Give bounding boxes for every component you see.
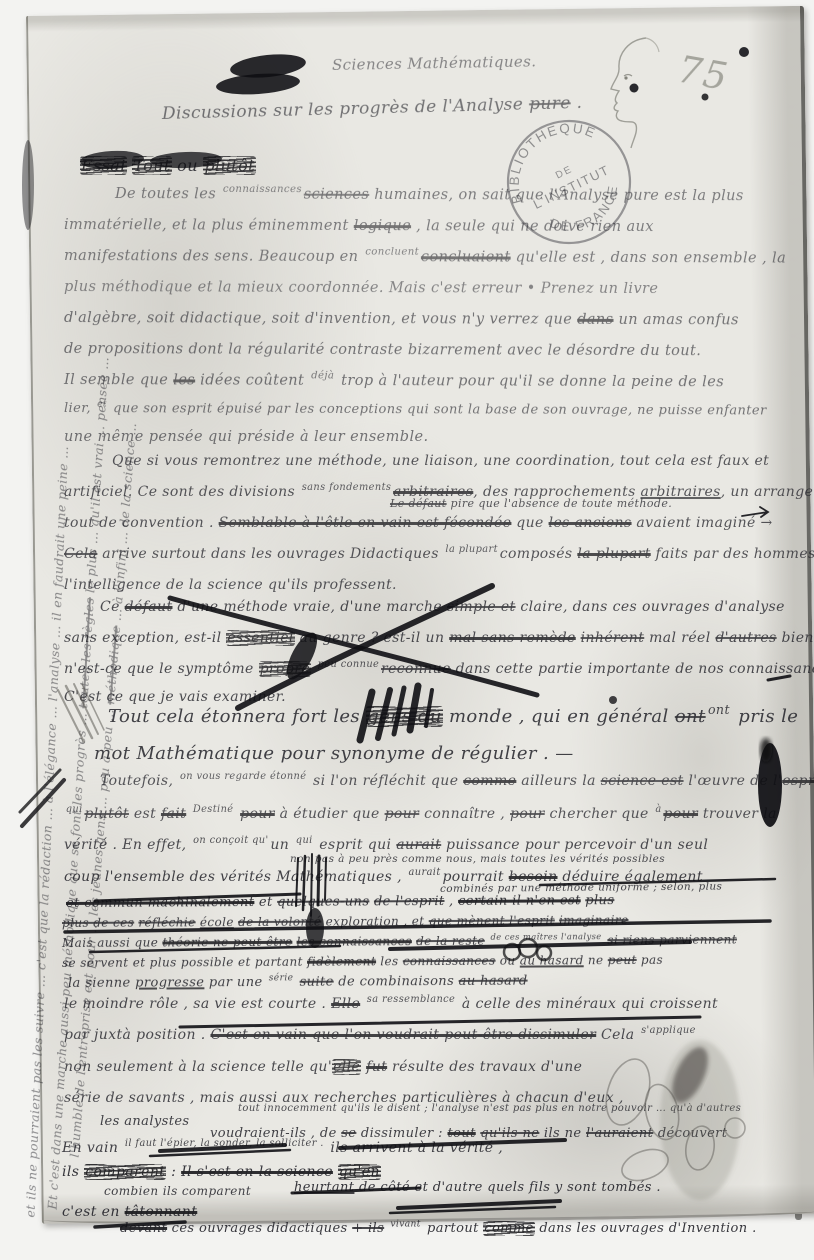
handwritten-text: immatérielle, et la plus éminemment <box>64 217 354 234</box>
handwritten-text: un <box>270 837 294 853</box>
handwritten-text: : <box>166 1164 181 1180</box>
struck-word: pour <box>663 806 698 822</box>
handwritten-text: C'est ce que je vais examiner. <box>64 689 286 705</box>
struck-word: tout <box>448 1126 476 1141</box>
struck-word: pure <box>529 93 571 114</box>
struck-word: d'autres <box>715 630 776 646</box>
handwritten-text: vérité . En effet, <box>64 837 191 853</box>
handwritten-text: coup l'ensemble des vérités Mathématique… <box>64 869 407 885</box>
struck-word: l'auraient <box>586 1126 653 1141</box>
struck-word: de la volonté <box>238 915 321 929</box>
manuscript-line: C'est ce que je vais examiner. <box>64 689 286 705</box>
handwritten-text: arrive surtout dans les ouvrages Didacti… <box>97 546 443 562</box>
handwritten-text: Discussions sur les progrès de l'Analyse <box>162 94 530 124</box>
struck-word: si riens parviennent <box>607 932 737 947</box>
scribbled-out-word: elle <box>332 1059 361 1075</box>
handwritten-text: ne <box>584 953 608 967</box>
handwritten-text: d'algèbre, soit didactique, soit d'inven… <box>64 310 577 328</box>
handwritten-text: manifestations des sens. Beaucoup en <box>64 248 363 265</box>
handwritten-text <box>384 1221 389 1236</box>
handwritten-text: au genre ? est-il un <box>295 630 449 646</box>
struck-word: mal sans remède <box>449 630 576 646</box>
handwritten-text: dissimuler : <box>356 1126 447 1141</box>
interlinear-insert: sa ressemblance <box>367 994 455 1005</box>
manuscript-line: les analystes <box>100 1114 190 1129</box>
handwritten-text: ils ne <box>539 1126 586 1141</box>
interlinear-insert: déjà <box>311 371 334 382</box>
struck-word: qu'ils ne <box>480 1126 539 1141</box>
handwritten-text: résulte des travaux d'une <box>387 1059 582 1075</box>
manuscript-line: se servent et plus possible et partant f… <box>62 953 663 970</box>
handwritten-text: un amas confus <box>613 312 738 328</box>
interlinear-insert: on vous regarde étonné <box>180 771 307 782</box>
handwritten-text <box>360 996 365 1012</box>
handwritten-text: d'une méthode vraie, d'une marche <box>172 599 446 615</box>
struck-word: connaissances <box>403 954 496 968</box>
handwritten-text: ou <box>172 156 204 175</box>
manuscript-line: manifestations des sens. Beaucoup en con… <box>64 248 786 267</box>
struck-word: fut <box>366 1059 387 1075</box>
handwritten-text: partout <box>423 1221 484 1236</box>
manuscript-line: Sciences Mathématiques. <box>332 52 537 74</box>
struck-word: fait <box>161 806 186 822</box>
struck-word: les <box>173 372 195 388</box>
manuscript-line: Tout cela étonnera fort les gens du mond… <box>108 706 798 727</box>
handwritten-text: mot Mathématique pour synonyme de réguli… <box>94 743 574 764</box>
interlinear-insert: on conçoit qu' <box>193 835 268 846</box>
handwritten-text: ils <box>62 1164 84 1180</box>
struck-word: suite <box>300 975 334 990</box>
interlinear-insert: il faut l'épier, la sonder, la sollicite… <box>125 1138 324 1149</box>
manuscript-line: vérité . En effet, on conçoit qu'un qui … <box>64 837 708 853</box>
scribbled-out-word: gens du <box>366 706 443 727</box>
handwritten-text: à celle des minéraux qui croissent <box>457 996 718 1012</box>
handwritten-text: non seulement à la science telle qu' <box>64 1059 332 1075</box>
scribbled-out-word: comme <box>483 1221 534 1236</box>
manuscript-line: Le défaut pire que l'absence de toute mé… <box>390 497 672 510</box>
manuscript-line: combien ils comparent <box>104 1184 251 1198</box>
interlinear-insert: Destiné <box>193 804 234 815</box>
handwritten-text: non pas à peu près comme nous, mais tout… <box>290 853 665 865</box>
interlinear-insert: la plupart <box>445 544 498 555</box>
handwritten-text: au hasard <box>520 953 584 967</box>
manuscript-line: Il semble que les idées coûtent déjà tro… <box>64 372 724 390</box>
handwritten-text: composés <box>500 546 578 562</box>
handwritten-text: ou <box>496 954 520 968</box>
handwritten-text: par une <box>204 975 267 990</box>
handwritten-text: puissance pour percevoir d'un seul <box>441 837 708 853</box>
struck-word: théorie ne peut être <box>162 935 292 950</box>
struck-word: défaut <box>125 599 173 615</box>
handwritten-text: l'œuvre de l' <box>684 773 783 789</box>
struck-word: que mènent l'esprit <box>429 913 555 928</box>
manuscript-line: Toutefois, on vous regarde étonné si l'o… <box>100 773 814 789</box>
scribbled-out-word: Tout <box>132 156 171 175</box>
struck-word: certain il n'en est <box>458 893 581 909</box>
struck-word: devant <box>120 1221 167 1236</box>
scribbled-out-word: essentiel <box>226 630 294 646</box>
handwritten-text: quels fils y sont tombés . <box>487 1180 661 1195</box>
handwritten-text: monde , qui en général <box>443 706 675 727</box>
manuscript-line: devant ces ouvrages didactiques + ils vi… <box>120 1221 757 1236</box>
handwritten-text: si l'on réfléchit que <box>308 773 463 789</box>
handwritten-text: progresse <box>135 975 204 990</box>
handwritten-text: c'est en <box>62 1204 125 1220</box>
handwritten-text: combien ils comparent <box>104 1184 251 1198</box>
manuscript-line: Cela arrive surtout dans les ouvrages Di… <box>64 546 814 562</box>
struck-word: Le défaut <box>390 497 447 510</box>
handwritten-text: Toutefois, <box>100 773 178 789</box>
handwritten-text: Mais aussi que <box>62 935 163 950</box>
struck-word: comme <box>463 773 516 789</box>
handwritten-text <box>485 934 489 948</box>
handwritten-text: mal réel <box>644 630 715 646</box>
handwritten-text: le moindre rôle , sa vie est courte . <box>64 996 331 1012</box>
manuscript-line: n'est-ce que le symptôme propre peu conn… <box>64 661 814 677</box>
scribbled-out-word: propre <box>259 661 311 677</box>
manuscript-line: une même pensée qui préside à leur ensem… <box>64 429 429 445</box>
interlinear-insert: sans fondements <box>302 482 392 493</box>
manuscript-line: tout de convention . Semblable à l'êtle … <box>64 515 773 531</box>
manuscript-line: Mais aussi que théorie ne peut être les … <box>62 932 737 950</box>
interlinear-insert: de ces maîtres l'analyse <box>490 931 601 942</box>
handwritten-text: de côté et d'autre <box>354 1180 487 1195</box>
struck-word: pour <box>385 806 420 822</box>
interlinear-insert: vivant <box>390 1219 421 1229</box>
manuscript-line: d'algèbre, soit didactique, soit d'inven… <box>64 310 739 328</box>
handwritten-text: . <box>570 93 582 113</box>
handwritten-text: n'est-ce que le symptôme <box>64 661 259 677</box>
handwritten-text: et <box>254 895 277 910</box>
handwritten-text: humaines, on sait que l'Analyse pure est… <box>369 187 744 204</box>
manuscript-line: lier, et que son esprit épuisé par les c… <box>64 401 767 418</box>
struck-word: se <box>341 1126 356 1141</box>
scribbled-out-word: qu'en <box>338 1164 381 1180</box>
struck-word: peut <box>608 953 637 967</box>
struck-word: concluaient <box>421 249 511 265</box>
handwritten-text: bien <box>777 630 814 646</box>
struck-word: sciences <box>304 187 370 203</box>
manuscript-line: le moindre rôle , sa vie est courte . El… <box>64 996 718 1012</box>
handwritten-text: est <box>129 806 161 822</box>
handwritten-text: idées coûtent <box>195 372 309 388</box>
handwritten-text: Sciences Mathématiques. <box>332 52 537 74</box>
handwritten-text: de combinaisons <box>334 974 459 990</box>
struck-word: inhérent <box>581 630 645 646</box>
struck-word: logique <box>354 218 411 234</box>
handwritten-text: esprit qui <box>314 837 396 853</box>
handwritten-text: de propositions dont la régularité contr… <box>64 341 701 359</box>
manuscript-line: plus méthodique et la mieux coordonnée. … <box>64 279 658 297</box>
handwritten-text: ces ouvrages didactiques <box>167 1221 352 1236</box>
scribbled-out-word: Essai <box>80 156 127 175</box>
handwritten-text: Que si vous remontrez une méthode, une l… <box>112 453 769 469</box>
interlinear-insert: ont <box>708 702 730 717</box>
handwritten-text: dans les ouvrages d'Invention . <box>535 1221 757 1236</box>
handwritten-text: pas <box>637 953 663 967</box>
struck-word: simple et <box>447 599 516 615</box>
handwritten-text: trouver la <box>698 806 777 822</box>
struck-word: pour <box>510 806 545 822</box>
handwritten-text: claire, dans ces ouvrages d'analyse <box>516 599 785 615</box>
handwritten-text: découvert <box>653 1126 727 1141</box>
struck-word: imaginaire <box>559 913 629 927</box>
manuscript-line: En vain il faut l'épier, la sonder, la s… <box>62 1140 503 1156</box>
handwritten-text: la sienne <box>68 976 135 991</box>
struck-word: la plupart <box>577 546 650 562</box>
handwritten-text: à étudier que <box>275 806 385 822</box>
struck-word: pour <box>240 806 275 822</box>
struck-word: de la reste <box>416 934 485 948</box>
handwritten-text: dans cette partie importante de nos conn… <box>451 661 814 677</box>
handwritten-text: école <box>200 915 234 929</box>
struck-word: Semblable à l'êtle en vain est fécondée <box>219 515 512 531</box>
handwritten-text: chercher que <box>545 806 654 822</box>
struck-word: reconnue <box>381 661 451 677</box>
interlinear-insert: connaissances <box>223 184 302 195</box>
manuscript-line: immatérielle, et la plus éminemment logi… <box>64 217 654 235</box>
interlinear-insert: qui <box>296 835 313 846</box>
manuscript-line: par juxtà position . C'est en vain que l… <box>64 1027 698 1043</box>
manuscript-line: non pas à peu près comme nous, mais tout… <box>290 853 665 865</box>
interlinear-insert: peu connue <box>318 659 380 670</box>
handwritten-text: heurtant <box>294 1180 354 1195</box>
struck-word: esprit <box>782 773 814 789</box>
handwritten-text: , la seule qui ne doive rien aux <box>411 218 654 235</box>
scribbled-out-word: comparent <box>84 1164 166 1180</box>
handwritten-text: avaient imaginé → <box>632 515 773 531</box>
handwritten-text: les analystes <box>100 1114 190 1129</box>
handwritten-text: lier, <box>64 401 96 416</box>
handwritten-text: une même pensée qui préside à leur ensem… <box>64 429 429 445</box>
handwritten-text: , un arrangement <box>721 484 814 500</box>
handwritten-text: ils arrivent à la vérité , <box>326 1140 504 1156</box>
struck-word: dans <box>577 312 613 328</box>
interlinear-insert: concluent <box>365 247 419 258</box>
manuscript-line: mot Mathématique pour synonyme de réguli… <box>94 743 574 764</box>
struck-word: ont <box>675 706 706 727</box>
handwritten-text: que <box>511 515 548 531</box>
handwritten-text: exploration , et <box>321 914 428 929</box>
struck-word: de l'esprit <box>374 894 445 909</box>
struck-word: Il s'est en la science <box>181 1164 333 1180</box>
handwritten-text: faits par des hommes qui n'ont pas <box>651 546 814 562</box>
handwritten-text: les <box>376 954 403 968</box>
manuscript-line: heurtant de côté et d'autre quels fils y… <box>294 1180 661 1195</box>
handwritten-text: trop à l'auteur pour qu'il se donne la p… <box>336 373 724 390</box>
interlinear-insert: aurait <box>409 867 441 878</box>
struck-word: + ils <box>352 1221 384 1236</box>
handwritten-text: plus méthodique et la mieux coordonnée. … <box>64 279 658 297</box>
manuscript-line: c'est en tâtonnant <box>62 1204 197 1220</box>
handwritten-text: se servent et plus possible et partant <box>62 955 307 970</box>
struck-word: au hasard <box>459 974 528 989</box>
struck-word: les anciens <box>549 515 632 531</box>
handwritten-text: ailleurs la <box>516 773 600 789</box>
handwritten-text: qu'elle est , dans son ensemble , la <box>511 250 787 267</box>
interlinear-insert: s'applique <box>641 1025 696 1036</box>
struck-word: fidèlement <box>307 954 376 968</box>
manuscript-line: de propositions dont la régularité contr… <box>64 341 701 359</box>
struck-word: quelques-uns <box>277 894 369 909</box>
manuscript-line: ils comparent : Il s'est en la science q… <box>62 1164 381 1180</box>
manuscript-line: Essai Tout ou plutôt <box>80 156 256 175</box>
handwritten-text: que son esprit épuisé par les conception… <box>109 401 767 418</box>
handwritten-text: Il semble que <box>64 372 173 388</box>
handwritten-text: Cela <box>596 1027 639 1043</box>
struck-word: Elle <box>331 996 360 1012</box>
struck-word: tâtonnant <box>125 1204 198 1220</box>
manuscript-photo: 75 BIBLIOTHEQUE DE L'INSTITUT DE FRANCE <box>0 0 814 1260</box>
interlinear-insert: à <box>655 804 661 815</box>
handwritten-text: , <box>444 894 458 909</box>
handwritten-text: pire que l'absence de toute méthode. <box>447 497 673 510</box>
manuscript-line: De toutes les connaissancessciences huma… <box>115 186 744 204</box>
struck-word: aurait <box>396 837 441 853</box>
handwritten-text: De toutes les <box>115 186 221 202</box>
struck-word: science est <box>601 773 684 789</box>
interlinear-insert: série <box>269 973 294 983</box>
struck-word: C'est en vain que l'on voudrait peut-êtr… <box>210 1027 596 1043</box>
handwritten-text <box>186 806 191 822</box>
manuscript-line: non seulement à la science telle qu'elle… <box>64 1059 582 1075</box>
manuscript-line: la sienne progresse par une série suite … <box>68 974 528 991</box>
folio-number: 75 <box>675 48 733 99</box>
manuscript-content: 75 BIBLIOTHEQUE DE L'INSTITUT DE FRANCE <box>0 0 814 1260</box>
manuscript-line: quiplutôt est fait Destiné pour à étudie… <box>64 806 777 822</box>
struck-word: réfléchie <box>138 915 195 929</box>
manuscript-line: tout innocemment qu'ils le disent ; l'an… <box>238 1103 741 1114</box>
manuscript-line: Ce défaut d'une méthode vraie, d'une mar… <box>100 599 785 615</box>
handwritten-text <box>311 661 316 677</box>
handwritten-text: connaître , <box>419 806 510 822</box>
struck-word: plus <box>585 893 614 908</box>
manuscript-line: Que si vous remontrez une méthode, une l… <box>112 453 769 469</box>
handwritten-text: pris le <box>732 706 798 727</box>
scribbled-out-word: plutôt <box>203 156 256 175</box>
manuscript-line: et commun machinalement et quelques-uns … <box>66 893 614 911</box>
struck-word: les connaissances <box>297 934 412 949</box>
manuscript-line: plus de ces réfléchie école de la volont… <box>62 913 629 930</box>
handwritten-text: tout innocemment qu'ils le disent ; l'an… <box>238 1103 741 1114</box>
manuscript-line: sans exception, est-il essentiel au genr… <box>64 630 814 646</box>
handwritten-text: Tout cela étonnera fort les <box>108 706 366 727</box>
